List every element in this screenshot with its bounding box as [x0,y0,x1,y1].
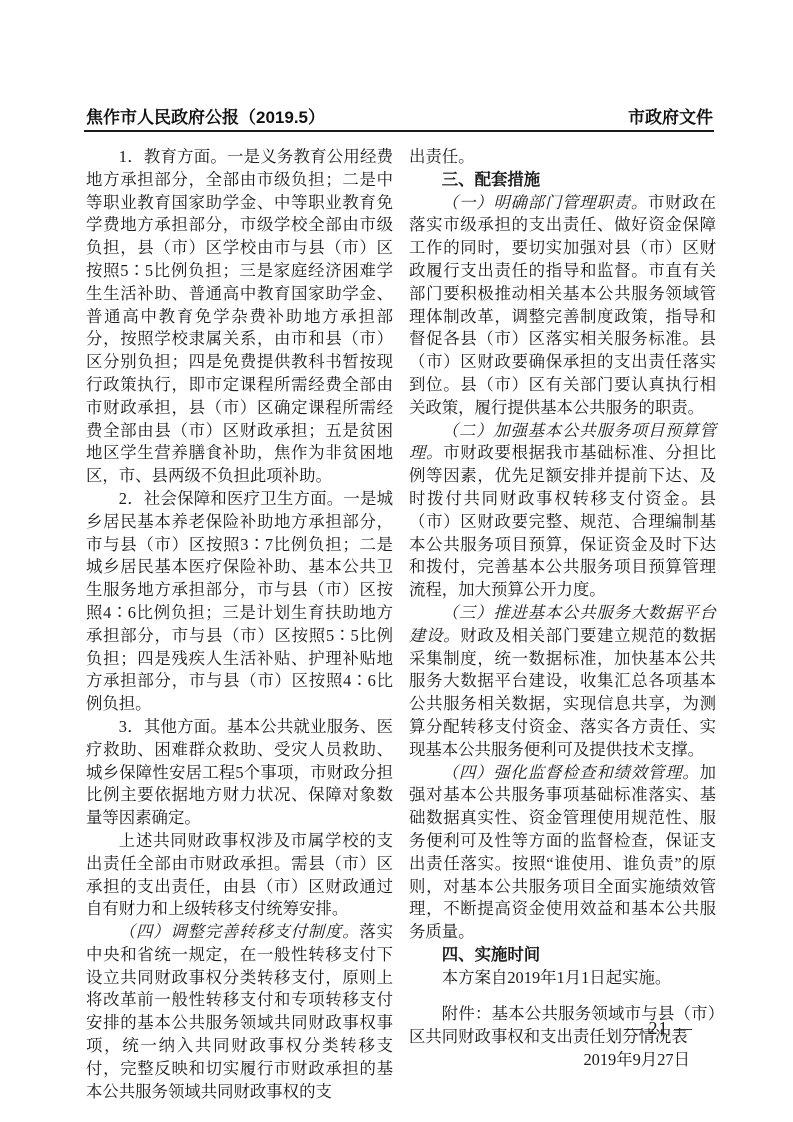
text-run: （一）明确部门管理职责。 [442,193,648,212]
gazette-title: 焦作市人民政府公报（2019.5） [86,103,325,128]
paragraph: 上述共同财政事权涉及市属学校的支出责任全部由市财政承担。需县（市）区承担的支出责… [86,830,393,921]
document-page: 焦作市人民政府公报（2019.5） 市政府文件 1．教育方面。一是义务教育公用经… [0,0,793,1122]
text-run: 三、配套措施 [442,171,540,189]
content-columns: 1．教育方面。一是义务教育公用经费地方承担部分，全部由市级负担；二是中等职业教育… [86,146,716,1103]
text-run: 加强对基本公共服务事项基础标准落实、基础数据真实性、资金管理使用规范性、服务便利… [409,763,716,942]
paragraph: （四）调整完善转移支付制度。落实中央和省统一规定，在一般性转移支付下设立共同财政… [86,921,393,1103]
paragraph: 3．其他方面。基本公共就业服务、医疗救助、困难群众救助、受灾人员救助、城乡保障性… [86,716,393,830]
text-run: （四）强化监督检查和绩效管理。 [442,763,700,782]
text-run: 2．社会保障和医疗卫生方面。一是城乡居民基本养老保险补助地方承担部分，市与县（市… [86,489,393,713]
page-number: — 21 — [624,1018,693,1039]
paragraph: （二）加强基本公共服务项目预算管理。市财政要根据我市基础标准、分担比例等因素，优… [409,420,716,602]
text-run: 本方案自2019年1月1日起实施。 [442,968,671,987]
text-run: 2019年9月27日 [583,1050,690,1069]
section-heading: 三、配套措施 [409,169,716,192]
paragraph: （四）强化监督检查和绩效管理。加强对基本公共服务事项基础标准落实、基础数据真实性… [409,762,716,944]
text-run: 落实中央和省统一规定，在一般性转移支付下设立共同财政事权分类转移支付，原则上将改… [86,922,393,1101]
paragraph: 出责任。 [409,146,716,169]
text-run: 四、实施时间 [442,946,540,964]
left-column: 1．教育方面。一是义务教育公用经费地方承担部分，全部由市级负担；二是中等职业教育… [86,146,393,1103]
paragraph: （三）推进基本公共服务大数据平台建设。财政及相关部门要建立规范的数据采集制度，统… [409,602,716,762]
text-run: 市财政在落实市级承担的支出责任、做好资金保障工作的同时，要切实加强对县（市）区财… [409,193,716,417]
text-run: 上述共同财政事权涉及市属学校的支出责任全部由市财政承担。需县（市）区承担的支出责… [86,831,393,918]
paragraph: （一）明确部门管理职责。市财政在落实市级承担的支出责任、做好资金保障工作的同时，… [409,192,716,420]
text-run: 3．其他方面。基本公共就业服务、医疗救助、困难群众救助、受灾人员救助、城乡保障性… [86,717,393,827]
header-rule [84,130,714,132]
text-run: （四）调整完善转移支付制度。 [119,922,360,941]
section-heading: 四、实施时间 [409,944,716,967]
text-run: 市财政要根据我市基础标准、分担比例等因素，优先足额安排并提前下达、及时拨付共同财… [409,443,716,599]
text-run: 出责任。 [409,147,475,166]
text-run: 1．教育方面。一是义务教育公用经费地方承担部分，全部由市级负担；二是中等职业教育… [86,147,393,485]
paragraph: 1．教育方面。一是义务教育公用经费地方承担部分，全部由市级负担；二是中等职业教育… [86,146,393,488]
right-column: 出责任。三、配套措施（一）明确部门管理职责。市财政在落实市级承担的支出责任、做好… [409,146,716,1103]
text-run: 财政及相关部门要建立规范的数据采集制度，统一数据标准，加快基本公共服务大数据平台… [409,626,716,759]
date-line: 2019年9月27日 [409,1049,716,1072]
paragraph: 2．社会保障和医疗卫生方面。一是城乡居民基本养老保险补助地方承担部分，市与县（市… [86,488,393,716]
paragraph-spacer [409,989,716,1003]
document-category-label: 市政府文件 [628,103,713,128]
paragraph: 本方案自2019年1月1日起实施。 [409,967,716,990]
page-header: 焦作市人民政府公报（2019.5） 市政府文件 [86,103,713,128]
